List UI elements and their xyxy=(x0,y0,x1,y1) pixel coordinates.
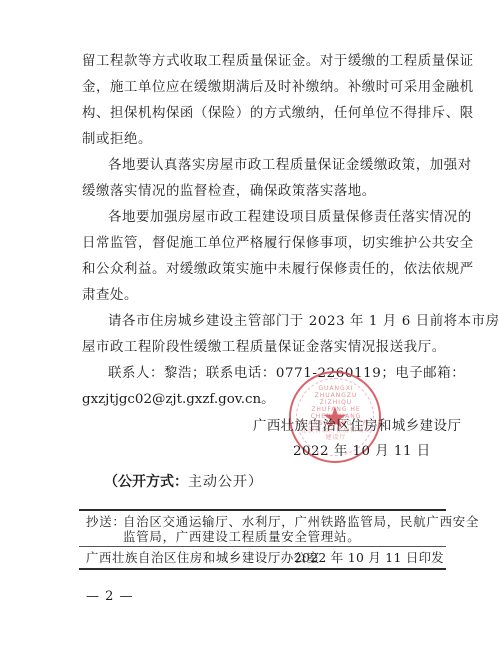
bottom-rule xyxy=(79,568,446,570)
paragraph-start: 请各市住房城乡建设主管部门于 2023 年 1 月 6 日前将本市房 xyxy=(108,314,446,330)
document-page: 留工程款等方式收取工程质量保证金。对于缓缴的工程质量保证 金，施工单位应在缓缴期… xyxy=(0,0,500,647)
body-line: 缓缴落实情况的监督检查，确保政策落实落地。 xyxy=(82,184,446,200)
contact-line: 联系人：黎浩；联系电话：0771-2260119；电子邮箱： xyxy=(108,366,446,382)
body-line: 构、担保机构保函（保险）的方式缴纳，任何单位不得排斥、限 xyxy=(82,106,446,122)
body-line: 日常监管，督促施工单位严格履行保修事项，切实维护公共安全 xyxy=(82,236,446,252)
printing-office: 广西壮族自治区住房和城乡建设厅办公室 xyxy=(86,551,320,565)
body-line: 屋市政工程阶段性缓缴工程质量保证金落实情况报送我厅。 xyxy=(82,340,446,356)
paragraph-start: 各地要加强房屋市政工程建设项目质量保修责任落实情况的 xyxy=(108,210,446,226)
body-line: 金，施工单位应在缓缴期满后及时补缴纳。补缴时可采用金融机 xyxy=(82,80,446,96)
publish-label: （公开方式： xyxy=(104,474,188,490)
cc-recipients-line1: 自治区交通运输厅、水利厅，广州铁路监管局，民航广西安全 xyxy=(123,515,443,529)
body-line: 留工程款等方式收取工程质量保证金。对于缓缴的工程质量保证 xyxy=(82,54,446,70)
paragraph-start: 各地要认真落实房屋市政工程质量保证金缓缴政策，加强对 xyxy=(108,158,446,174)
publish-value: 主动公开） xyxy=(188,474,263,490)
cc-label: 抄送： xyxy=(86,515,126,529)
print-date: 2022 年 10 月 11 日印发 xyxy=(294,551,444,565)
email-line: gxzjtjgc02@zjt.gxzf.gov.cn。 xyxy=(82,392,446,408)
top-rule xyxy=(79,509,446,511)
body-line: 肃查处。 xyxy=(82,288,446,304)
page-number: — 2 — xyxy=(86,589,134,605)
publish-method: （公开方式：主动公开） xyxy=(104,474,263,490)
body-line: 和公众利益。对缓缴政策实施中未履行保修责任的，依法依规严 xyxy=(82,262,446,278)
body-line: 制或拒绝。 xyxy=(82,132,446,148)
issuer-name: 广西壮族自治区住房和城乡建设厅 xyxy=(253,419,461,435)
cc-recipients-line2: 监管局，广西建设工程质量安全管理站。 xyxy=(123,530,360,544)
middle-rule xyxy=(79,546,446,547)
issue-date: 2022 年 10 月 11 日 xyxy=(293,444,431,460)
